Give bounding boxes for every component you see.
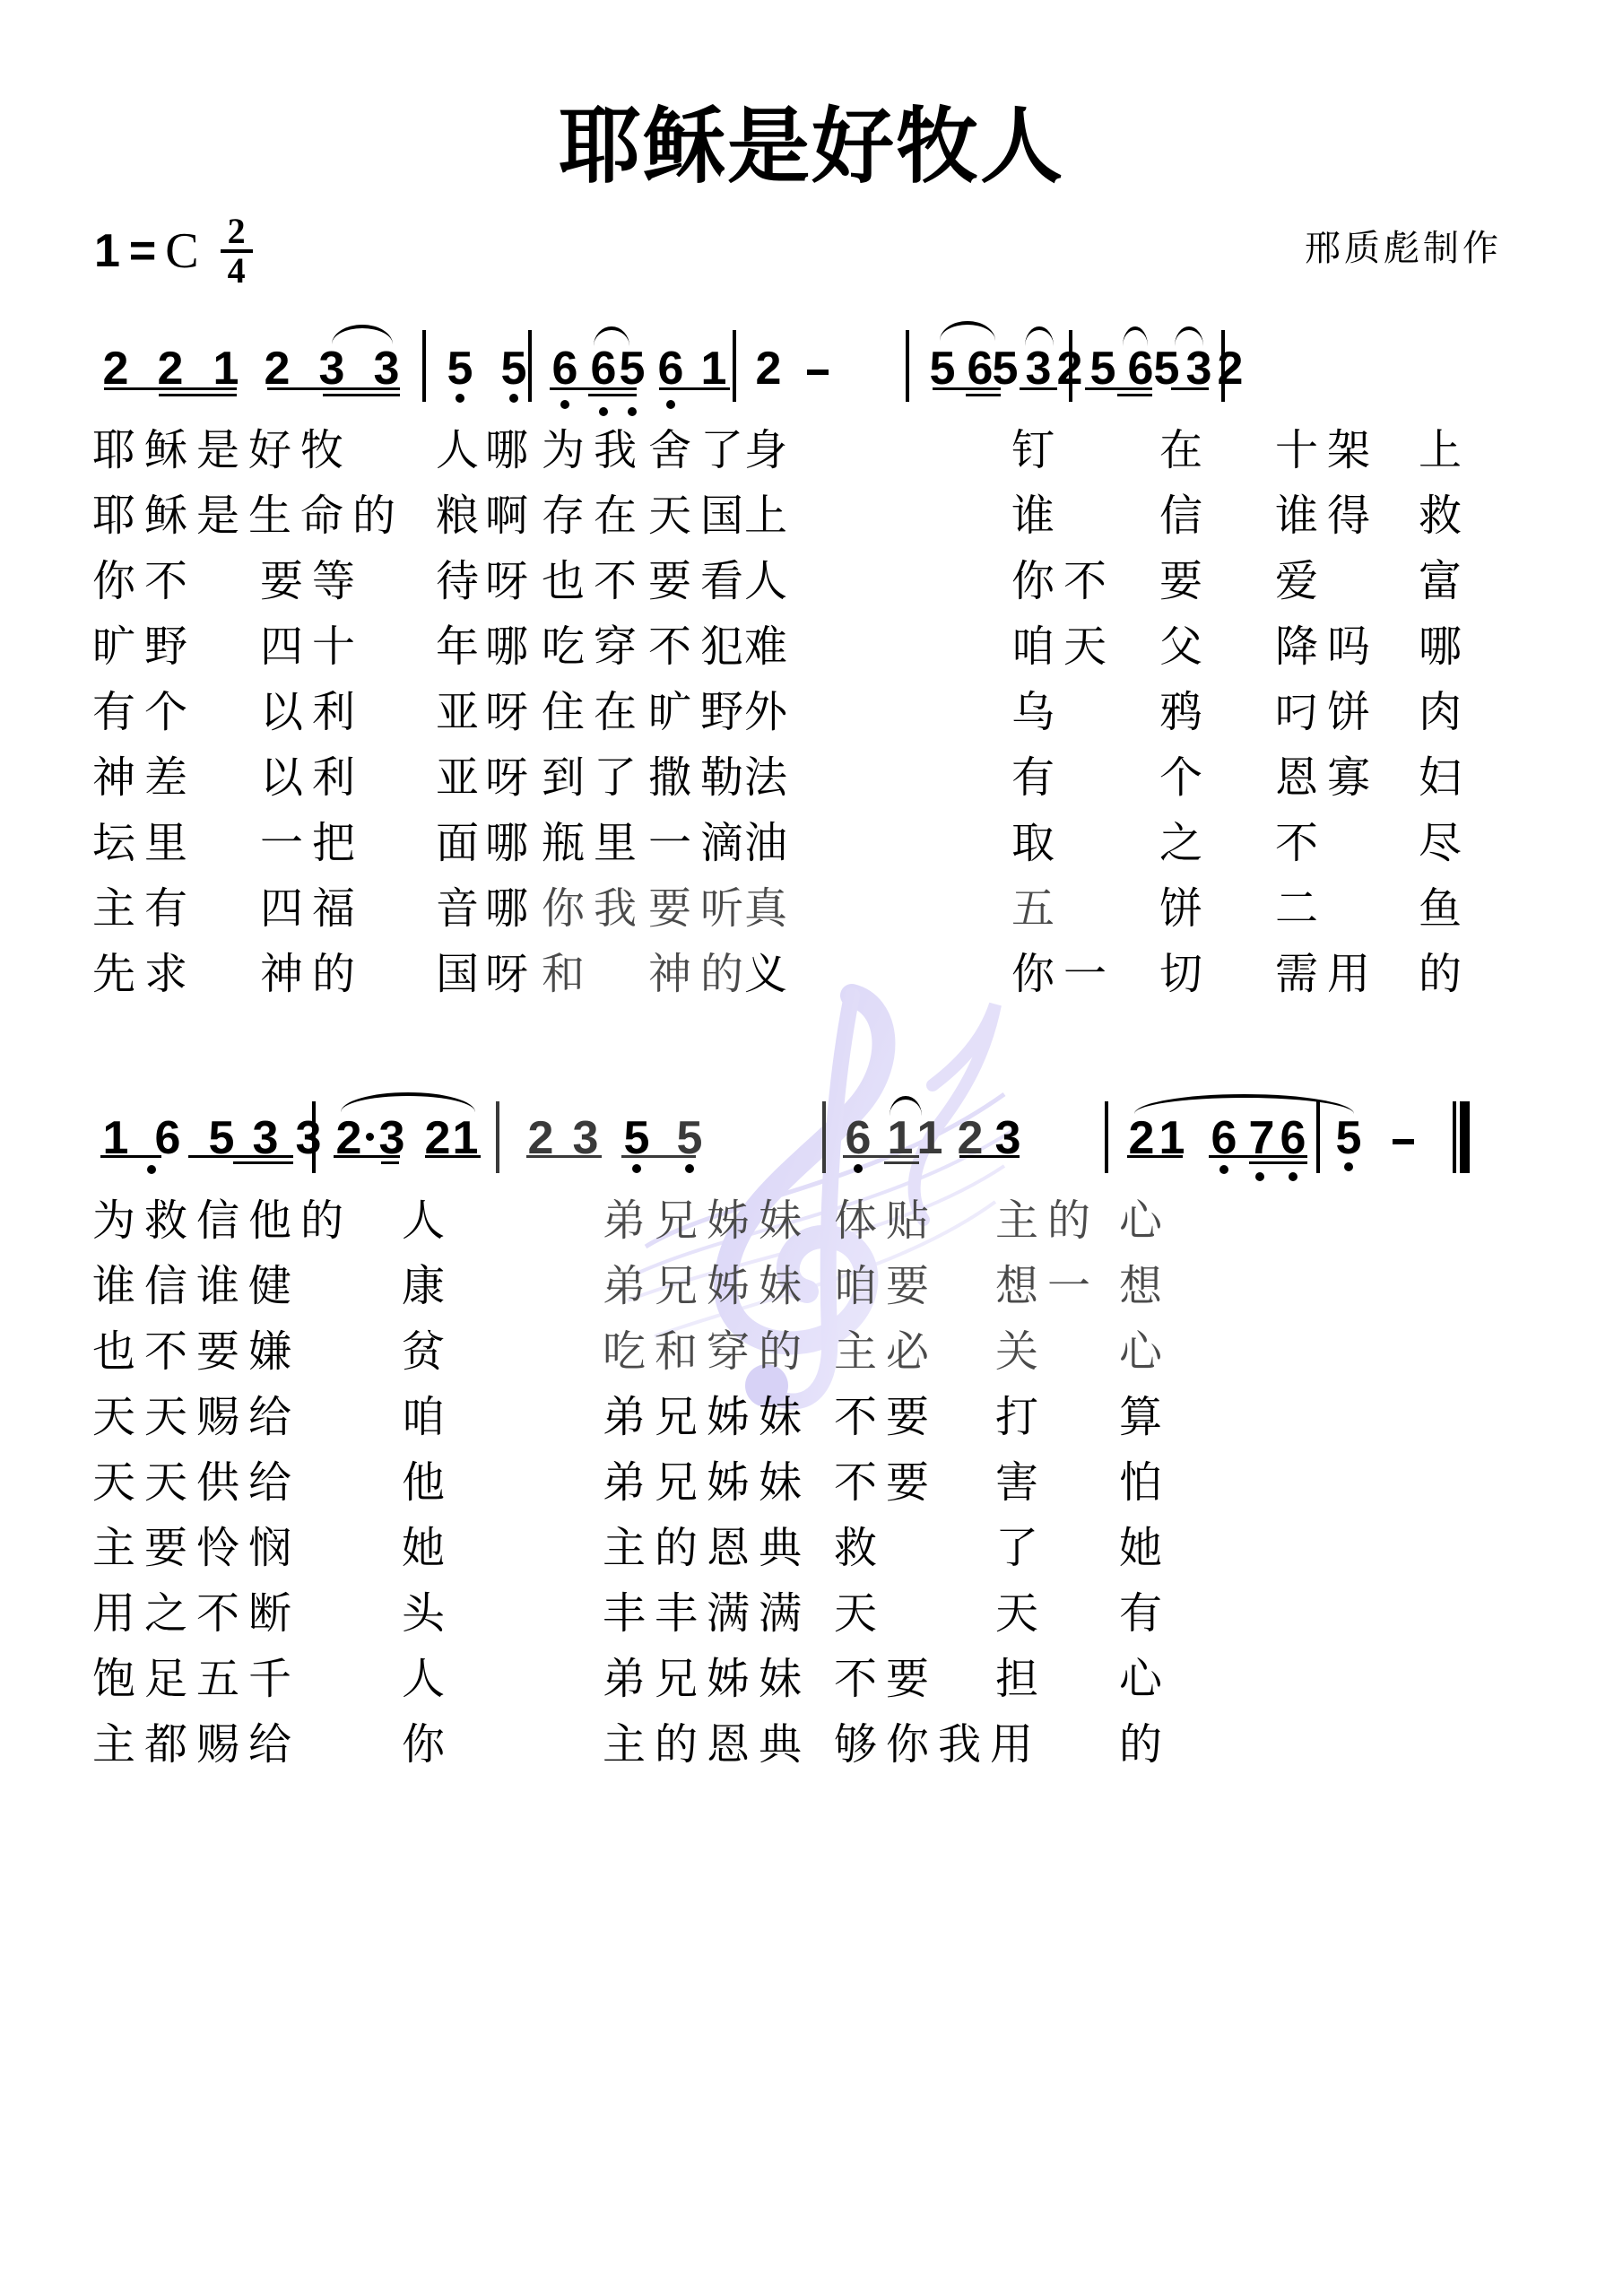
underline: [425, 1155, 481, 1158]
lyric-syllable: 害: [995, 1456, 1047, 1509]
lyric-syllable: 义: [744, 947, 796, 1001]
lyric-syllable: 不要: [834, 1390, 938, 1444]
lyric-syllable: 坛里: [92, 816, 196, 870]
underline: [323, 394, 400, 396]
lyric-syllable: 的: [1119, 1718, 1171, 1771]
lyric-verse-9: 主都赐给你主的恩典够你我用的: [0, 1718, 1623, 1782]
lyric-syllable: 哪: [485, 882, 537, 935]
lyric-syllable: 心: [1119, 1652, 1171, 1706]
lyric-syllable: 人: [402, 1194, 454, 1248]
lyric-syllable: 上: [1419, 423, 1471, 477]
lyric-syllable: 恩寡: [1275, 751, 1379, 804]
lyric-syllable: 为我: [542, 423, 646, 477]
lyric-syllable: 油: [744, 816, 796, 870]
underline: [233, 1161, 293, 1164]
lyric-verse-1: 耶稣是好牧人哪为我舍了身钉在十架上: [0, 423, 1623, 488]
low-octave-dot: [147, 1165, 156, 1174]
lyric-syllable: 哪: [485, 423, 537, 477]
lyric-syllable: 粮: [436, 489, 488, 543]
lyric-syllable: 耶稣是好牧: [92, 423, 352, 477]
lyric-syllable: 天: [834, 1587, 886, 1640]
lyric-syllable: 天天赐给: [92, 1390, 300, 1444]
time-signature-bottom: 4: [228, 255, 246, 287]
lyric-syllable: 救: [834, 1521, 886, 1575]
underline: [1127, 1155, 1183, 1158]
lyric-syllable: 音: [436, 882, 488, 935]
lyric-syllable: 主都赐给: [92, 1718, 300, 1771]
lyric-syllable: 用之不断: [92, 1587, 300, 1640]
lyric-syllable: 天天供给: [92, 1456, 300, 1509]
lyric-syllable: 人: [436, 423, 488, 477]
arranger-credit: 邢质彪制作: [1305, 220, 1502, 271]
lyric-syllable: 先求: [92, 947, 196, 1001]
underline: [1209, 1155, 1307, 1158]
time-signature-top: 2: [228, 215, 246, 248]
lyric-syllable: 切: [1159, 947, 1211, 1001]
lyric-syllable: 妇: [1419, 751, 1471, 804]
lyric-syllable: 你: [402, 1718, 454, 1771]
low-octave-dot: [1219, 1165, 1228, 1174]
lyric-syllable: 撒勒: [648, 751, 752, 804]
note: 5: [1333, 1115, 1364, 1161]
lyric-verse-3: 也不要嫌贫吃和穿的主必关心: [0, 1325, 1623, 1389]
lyric-verse-9: 先求神的国呀和神的义你一切需用的: [0, 947, 1623, 1012]
lyric-syllable: 人: [402, 1652, 454, 1706]
note: 5: [1151, 345, 1182, 392]
lyric-syllable: 弟兄姊妹: [603, 1456, 811, 1509]
lyric-syllable: 担: [995, 1652, 1047, 1706]
lyric-syllable: 为救信他的: [92, 1194, 352, 1248]
lyric-syllable: 主的恩典: [603, 1718, 811, 1771]
lyric-syllable: 主有: [92, 882, 196, 935]
slur: [332, 325, 393, 344]
lyric-syllable: 你我: [542, 882, 646, 935]
lyric-syllable: 不犯: [648, 620, 752, 674]
barline: [1221, 330, 1225, 402]
slur: [1134, 1094, 1354, 1114]
lyric-syllable: 了: [995, 1521, 1047, 1575]
lyric-verse-7: 用之不断头丰丰满满天天有: [0, 1587, 1623, 1651]
underline: [104, 387, 237, 390]
low-octave-dot: [628, 407, 637, 416]
barline: [312, 1101, 316, 1173]
note: 5: [445, 345, 475, 392]
underline: [843, 1155, 919, 1158]
lyric-syllable: 心: [1119, 1325, 1171, 1378]
underline: [526, 1155, 602, 1158]
lyric-syllable: 年: [436, 620, 488, 674]
lyric-syllable: 弟兄姊妹: [603, 1390, 811, 1444]
lyric-syllable: 取: [1011, 816, 1063, 870]
note: 1: [915, 1115, 945, 1161]
lyric-syllable: 想一: [995, 1259, 1099, 1313]
lyric-syllable: 心: [1119, 1194, 1171, 1248]
underline: [267, 387, 400, 390]
lyric-syllable: 肉: [1419, 685, 1471, 739]
lyric-syllable: 你一: [1011, 947, 1115, 1001]
low-octave-dot: [1344, 1162, 1353, 1171]
note: 3: [1023, 345, 1054, 392]
note: 6: [588, 345, 619, 392]
note: 5: [1088, 345, 1118, 392]
lyric-syllable: 需用: [1275, 947, 1379, 1001]
note: 3: [293, 1115, 324, 1161]
slur: [940, 321, 995, 341]
barline: [733, 330, 736, 402]
lyric-syllable: 她: [402, 1521, 454, 1575]
underline: [1020, 387, 1057, 390]
underline: [159, 394, 237, 396]
low-octave-dot: [509, 394, 518, 403]
lyric-verse-8: 主有四福音哪你我要听真五饼二鱼: [0, 882, 1623, 946]
barline: [496, 1101, 499, 1173]
lyric-syllable: 咱天: [1011, 620, 1115, 674]
underline: [1171, 387, 1209, 390]
lyric-syllable: 神的: [260, 947, 364, 1001]
underline: [381, 1161, 399, 1164]
lyric-syllable: 真: [744, 882, 796, 935]
lyric-syllable: 也不: [542, 554, 646, 608]
lyric-syllable: 和: [542, 947, 594, 1001]
lyric-syllable: 饱足五千: [92, 1652, 300, 1706]
final-barline-thin: [1453, 1101, 1456, 1173]
lyric-syllable: 有: [1011, 751, 1063, 804]
lyric-syllable: 鸦: [1159, 685, 1211, 739]
note: 3: [317, 345, 347, 392]
lyric-syllable: 呀: [485, 554, 537, 608]
time-signature: 2 4: [221, 215, 253, 287]
key-signature: 1 = C 2 4: [94, 215, 253, 287]
lyric-syllable: 也不要嫌: [92, 1325, 300, 1378]
lyric-syllable: 不要: [834, 1456, 938, 1509]
barline: [906, 330, 909, 402]
lyric-syllable: 上: [744, 489, 796, 543]
lyric-syllable: 尽: [1419, 816, 1471, 870]
note: 1: [211, 345, 241, 392]
lyric-verse-4: 天天赐给咱弟兄姊妹不要打算: [0, 1390, 1623, 1455]
lyric-syllable: 丰丰满满: [603, 1587, 811, 1640]
lyric-syllable: 舍了: [648, 423, 752, 477]
lyric-syllable: 之: [1159, 816, 1211, 870]
lyric-syllable: 弟兄姊妹: [603, 1259, 811, 1313]
slur: [341, 1092, 475, 1112]
lyric-syllable: 主必: [834, 1325, 938, 1378]
slur: [1123, 326, 1148, 346]
note: 6: [550, 345, 580, 392]
lyric-syllable: 他: [402, 1456, 454, 1509]
lyric-syllable: 亚: [436, 751, 488, 804]
low-octave-dot: [1289, 1172, 1298, 1181]
lyric-syllable: 吃穿: [542, 620, 646, 674]
lyric-syllable: 她: [1119, 1521, 1171, 1575]
lyric-syllable: 神的: [648, 947, 752, 1001]
lyric-syllable: 身: [744, 423, 796, 477]
lyric-syllable: 住在: [542, 685, 646, 739]
lyric-syllable: 一滴: [648, 816, 752, 870]
lyric-syllable: 你不: [92, 554, 196, 608]
note: 5: [499, 345, 529, 392]
lyric-syllable: 四福: [260, 882, 364, 935]
low-octave-dot: [685, 1164, 694, 1173]
lyric-syllable: 父: [1159, 620, 1211, 674]
lyric-verse-2: 耶稣是生命的粮啊存在天国上谁信谁得救: [0, 489, 1623, 553]
lyric-syllable: 哪: [485, 816, 537, 870]
underline: [966, 394, 1001, 396]
lyric-syllable: 啊: [485, 489, 537, 543]
note: 5: [617, 345, 647, 392]
lyric-syllable: 呀: [485, 685, 537, 739]
lyric-verse-2: 谁信谁健康弟兄姊妹咱要想一想: [0, 1259, 1623, 1324]
barline: [1316, 1101, 1320, 1173]
lyric-syllable: 以利: [260, 685, 364, 739]
lyric-syllable: 咱要: [834, 1259, 938, 1313]
underline: [659, 387, 730, 390]
barline: [422, 330, 426, 402]
lyric-syllable: 呀: [485, 751, 537, 804]
lyric-syllable: 够你我用: [834, 1718, 1042, 1771]
lyric-syllable: 外: [744, 685, 796, 739]
lyric-syllable: 要等: [260, 554, 364, 608]
lyric-syllable: 主的恩典: [603, 1521, 811, 1575]
low-octave-dot: [560, 400, 569, 409]
lyric-syllable: 谁得: [1275, 489, 1379, 543]
augmentation-dot: [366, 1133, 374, 1141]
lyric-syllable: 要听: [648, 882, 752, 935]
low-octave-dot: [854, 1164, 863, 1173]
note: 5: [927, 345, 958, 392]
lyric-verse-5: 有个以利亚呀住在旷野外乌鸦叼饼肉: [0, 685, 1623, 750]
note: 2: [100, 345, 131, 392]
note: 5: [990, 345, 1020, 392]
lyric-syllable: 天: [995, 1587, 1047, 1640]
lyric-syllable: 鱼: [1419, 882, 1471, 935]
lyric-syllable: 有: [1119, 1587, 1171, 1640]
lyric-syllable: 的: [1419, 947, 1471, 1001]
lyric-syllable: 要: [1159, 554, 1211, 608]
barline: [822, 1101, 826, 1173]
lyric-syllable: 降吗: [1275, 620, 1379, 674]
lyric-verse-7: 坛里一把面哪瓶里一滴油取之不尽: [0, 816, 1623, 881]
lyric-syllable: 耶稣是生命的: [92, 489, 404, 543]
note: 2: [155, 345, 186, 392]
low-octave-dot: [599, 407, 608, 416]
lyric-verse-6: 主要怜悯她主的恩典救了她: [0, 1521, 1623, 1586]
lyric-syllable: 五: [1011, 882, 1063, 935]
lyric-syllable: 谁: [1011, 489, 1063, 543]
lyric-syllable: 法: [744, 751, 796, 804]
note: 3: [1184, 345, 1214, 392]
lyric-syllable: 难: [744, 620, 796, 674]
low-octave-dot: [666, 400, 675, 409]
underline: [188, 1155, 293, 1158]
slur: [1175, 326, 1203, 346]
lyric-syllable: 信: [1159, 489, 1211, 543]
underline: [588, 394, 637, 396]
slur: [1025, 326, 1054, 346]
key-tonic: 1: [94, 224, 120, 278]
barline: [528, 330, 532, 402]
lyric-syllable: 不: [1275, 816, 1327, 870]
note: 2: [753, 345, 784, 392]
lyric-verse-4: 旷野四十年哪吃穿不犯难咱天父降吗哪: [0, 620, 1623, 684]
lyric-syllable: 天国: [648, 489, 752, 543]
lyric-syllable: 你不: [1011, 554, 1115, 608]
lyric-syllable: 贫: [402, 1325, 454, 1378]
underline: [550, 387, 637, 390]
lyric-syllable: 亚: [436, 685, 488, 739]
lyric-verse-3: 你不要等待呀也不要看人你不要爱富: [0, 554, 1623, 619]
lyric-syllable: 一把: [260, 816, 364, 870]
lyric-syllable: 面: [436, 816, 488, 870]
lyric-syllable: 十架: [1275, 423, 1379, 477]
lyric-syllable: 谁信谁健: [92, 1259, 300, 1313]
lyric-syllable: 待: [436, 554, 488, 608]
lyric-syllable: 关: [995, 1325, 1047, 1378]
underline: [933, 387, 1001, 390]
lyric-syllable: 主的: [995, 1194, 1099, 1248]
underline: [959, 1155, 1020, 1158]
lyric-syllable: 怕: [1119, 1456, 1171, 1509]
final-barline-thick: [1460, 1101, 1470, 1173]
key-name: C: [165, 222, 198, 280]
lyric-syllable: 体贴: [834, 1194, 938, 1248]
extension-dash: [807, 370, 829, 375]
lyric-verse-6: 神差以利亚呀到了撒勒法有个恩寡妇: [0, 751, 1623, 815]
key-equals: =: [129, 224, 156, 278]
note: 2: [262, 345, 292, 392]
lyric-syllable: 头: [402, 1587, 454, 1640]
underline: [1249, 1161, 1307, 1164]
lyric-verse-8: 饱足五千人弟兄姊妹不要担心: [0, 1652, 1623, 1717]
low-octave-dot: [632, 1164, 641, 1173]
lyric-syllable: 弟兄姊妹: [603, 1194, 811, 1248]
lyric-syllable: 存在: [542, 489, 646, 543]
lyric-syllable: 有个: [92, 685, 196, 739]
lyric-syllable: 二: [1275, 882, 1327, 935]
note: 6: [655, 345, 686, 392]
song-title: 耶稣是好牧人: [0, 97, 1623, 196]
lyric-syllable: 叼饼: [1275, 685, 1379, 739]
lyric-syllable: 在: [1159, 423, 1211, 477]
lyric-syllable: 咱: [402, 1390, 454, 1444]
lyric-syllable: 四十: [260, 620, 364, 674]
lyric-syllable: 救: [1419, 489, 1471, 543]
lyric-syllable: 爱: [1275, 554, 1327, 608]
underline: [1117, 394, 1152, 396]
lyric-syllable: 康: [402, 1259, 454, 1313]
lyric-syllable: 想: [1119, 1259, 1171, 1313]
note: 2: [1215, 345, 1245, 392]
underline: [1085, 387, 1152, 390]
underline: [621, 1155, 696, 1158]
lyric-syllable: 旷野: [648, 685, 752, 739]
lyric-syllable: 神差: [92, 751, 196, 804]
low-octave-dot: [456, 394, 464, 403]
low-octave-dot: [1255, 1172, 1264, 1181]
lyric-syllable: 旷野: [92, 620, 196, 674]
underline: [884, 1161, 919, 1164]
slur: [594, 326, 629, 346]
lyric-syllable: 哪: [1419, 620, 1471, 674]
lyric-syllable: 以利: [260, 751, 364, 804]
lyric-syllable: 呀: [485, 947, 537, 1001]
lyric-syllable: 哪: [485, 620, 537, 674]
lyric-syllable: 饼: [1159, 882, 1211, 935]
barline: [1105, 1101, 1108, 1173]
lyric-verse-5: 天天供给他弟兄姊妹不要害怕: [0, 1456, 1623, 1520]
lyric-syllable: 打: [995, 1390, 1047, 1444]
lyric-syllable: 乌: [1011, 685, 1063, 739]
note: 3: [371, 345, 402, 392]
lyric-syllable: 弟兄姊妹: [603, 1652, 811, 1706]
lyric-syllable: 人: [744, 554, 796, 608]
lyric-syllable: 主要怜悯: [92, 1521, 300, 1575]
lyric-syllable: 算: [1119, 1390, 1171, 1444]
lyric-syllable: 钉: [1011, 423, 1063, 477]
lyric-syllable: 个: [1159, 751, 1211, 804]
lyric-syllable: 国: [436, 947, 488, 1001]
lyric-syllable: 不要: [834, 1652, 938, 1706]
lyric-verse-1: 为救信他的人弟兄姊妹体贴主的心: [0, 1194, 1623, 1258]
lyric-syllable: 富: [1419, 554, 1471, 608]
barline: [1069, 330, 1072, 402]
underline: [334, 1155, 400, 1158]
underline: [100, 1155, 161, 1158]
lyric-syllable: 到了: [542, 751, 646, 804]
lyric-syllable: 要看: [648, 554, 752, 608]
note: 1: [699, 345, 729, 392]
slur: [890, 1096, 922, 1116]
extension-dash: [1393, 1139, 1414, 1144]
lyric-syllable: 瓶里: [542, 816, 646, 870]
lyric-syllable: 吃和穿的: [603, 1325, 811, 1378]
